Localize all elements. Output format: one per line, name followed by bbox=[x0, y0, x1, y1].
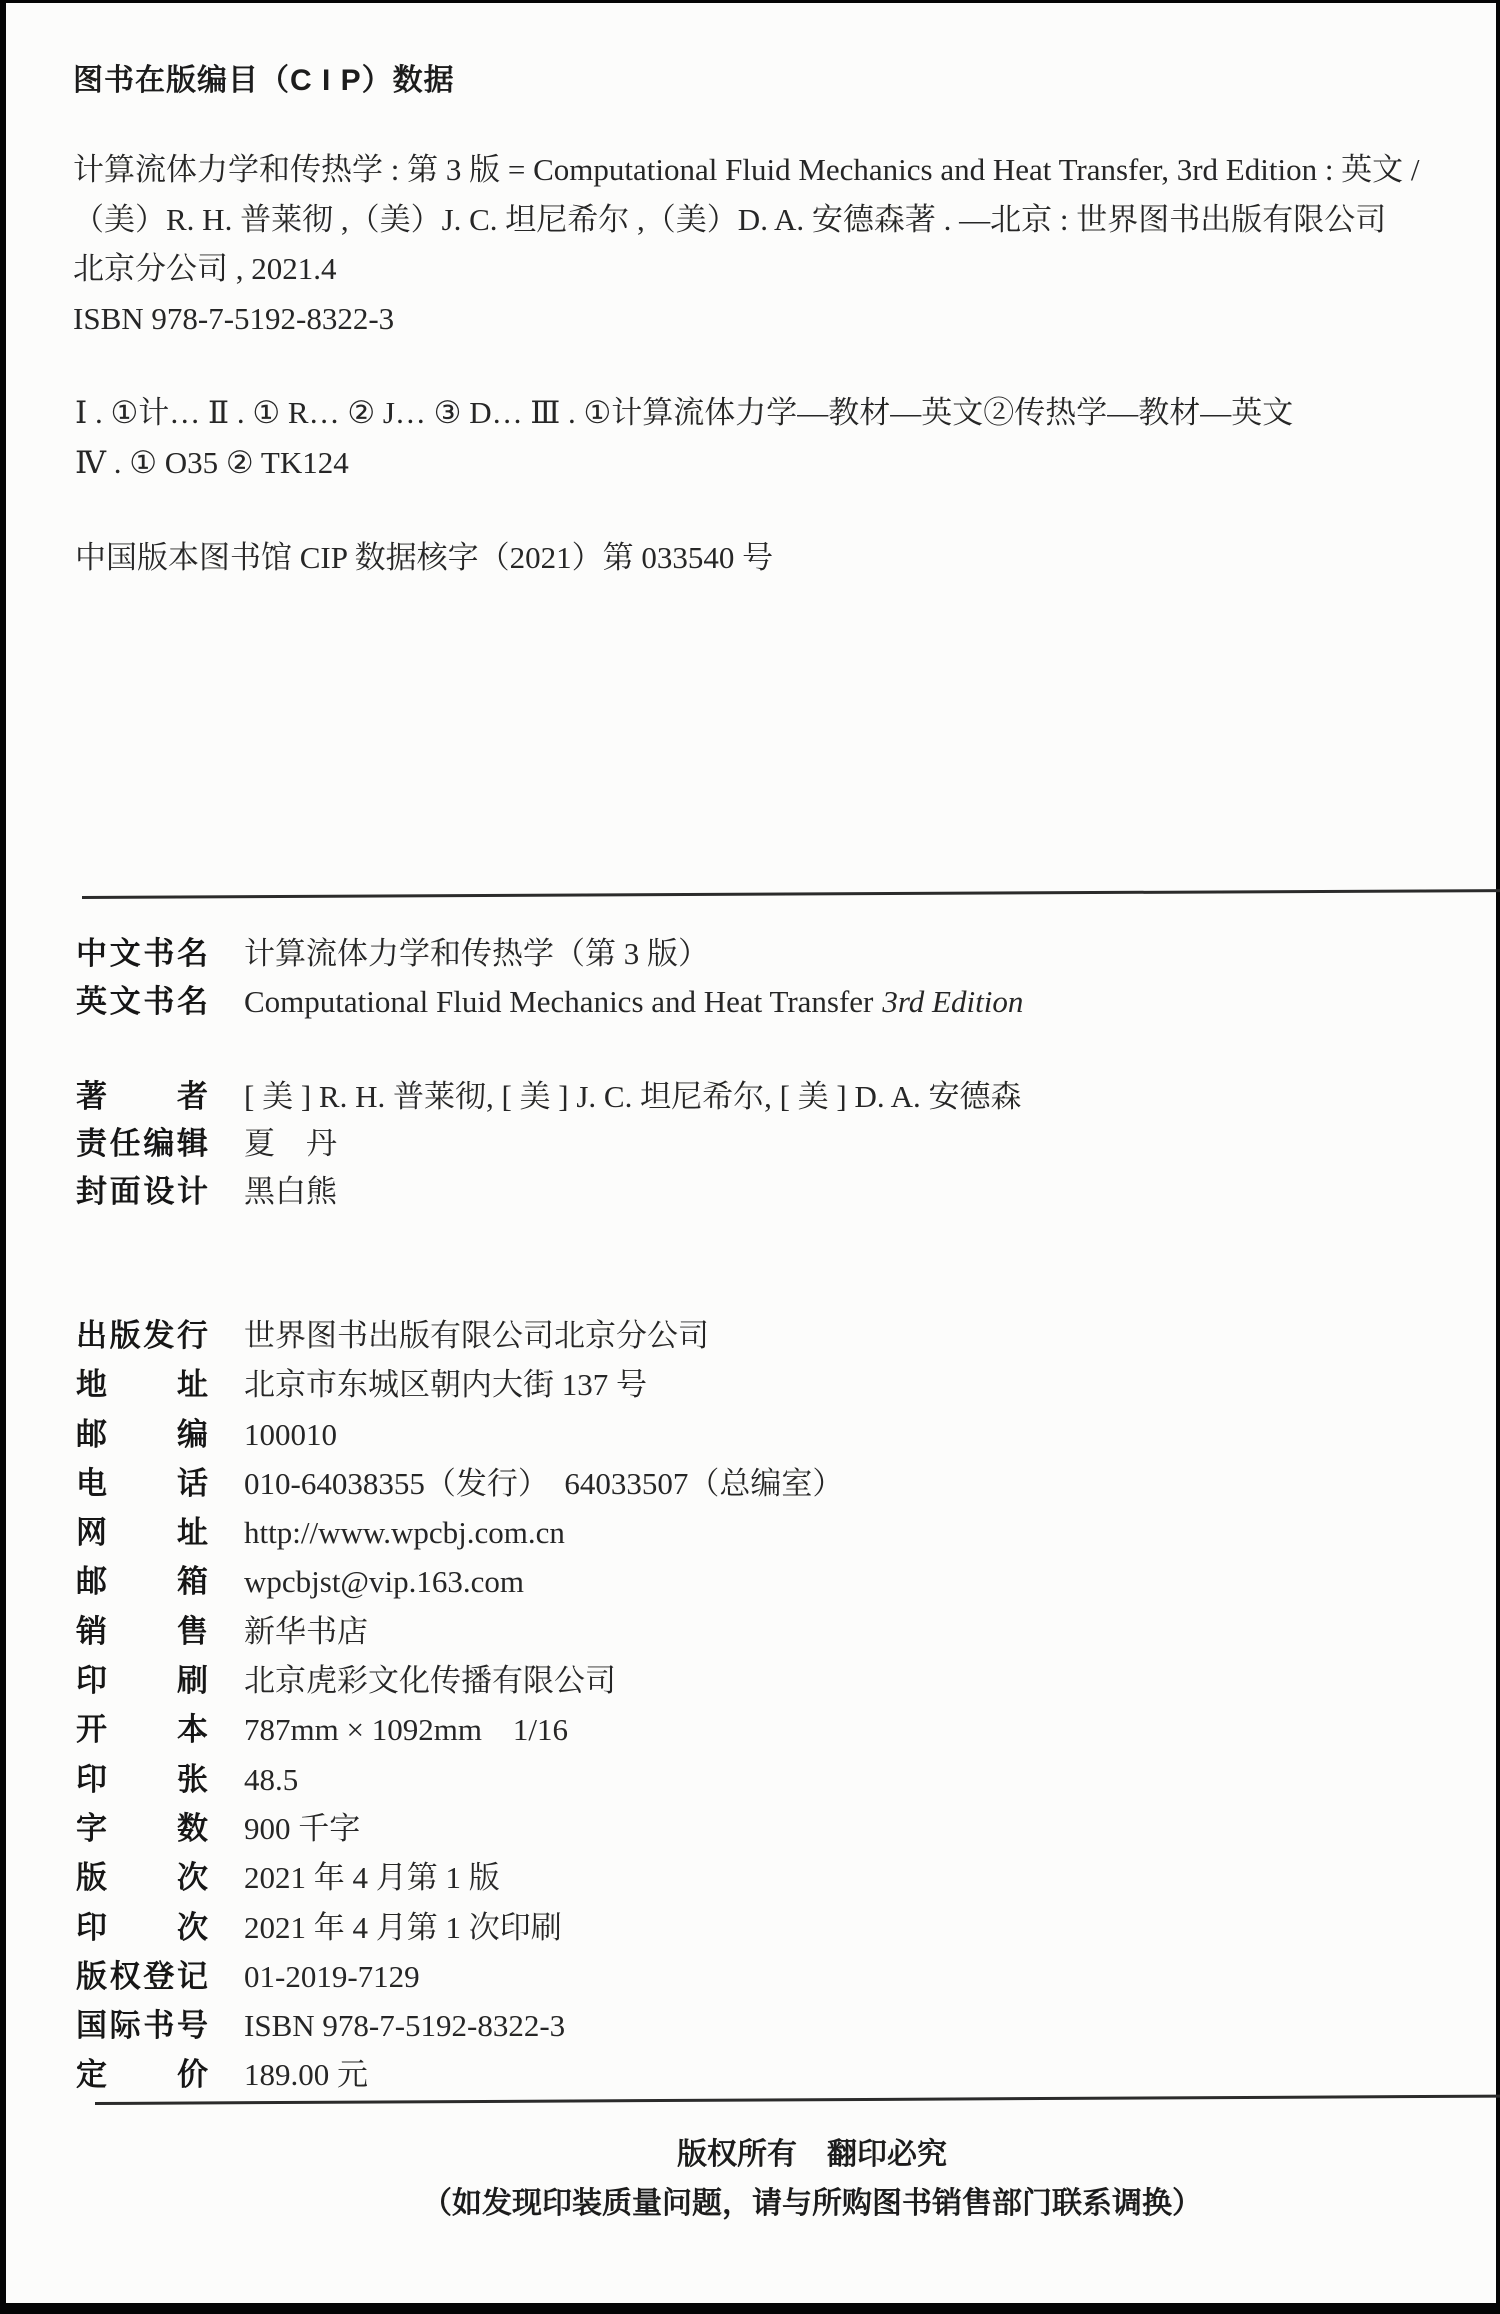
field-label: 英文书名 bbox=[76, 982, 208, 1022]
field-label: 国际书号 bbox=[76, 2006, 208, 2046]
cip-copyright-page: 图书在版编目（C I P）数据 计算流体力学和传热学 : 第 3 版 = Com… bbox=[0, 0, 1500, 2314]
field-value: 2021 年 4 月第 1 次印刷 bbox=[244, 1908, 562, 1948]
field-value: 48.5 bbox=[244, 1760, 298, 1800]
field-value: 北京虎彩文化传播有限公司 bbox=[244, 1661, 616, 1701]
field-value: 01-2019-7129 bbox=[244, 1957, 420, 1997]
pub-info-row: 印刷 北京虎彩文化传播有限公司 bbox=[76, 1661, 1490, 1710]
field-value: 010-64038355（发行） 64033507（总编室） bbox=[244, 1464, 843, 1504]
scan-edge-top bbox=[0, 0, 1500, 3]
book-info-row: 英文书名 Computational Fluid Mechanics and H… bbox=[76, 982, 1490, 1030]
field-label: 印次 bbox=[76, 1908, 208, 1948]
publication-info-block: 出版发行 世界图书出版有限公司北京分公司 地址 北京市东城区朝内大街 137 号… bbox=[76, 1316, 1490, 2105]
pub-info-row: 版次 2021 年 4 月第 1 版 bbox=[76, 1858, 1490, 1907]
cip-record-number: 中国版本图书馆 CIP 数据核字（2021）第 033540 号 bbox=[75, 532, 773, 577]
book-info-row: 中文书名 计算流体力学和传热学（第 3 版） bbox=[76, 934, 1490, 982]
field-label: 印张 bbox=[76, 1760, 208, 1800]
field-value: 189.00 元 bbox=[244, 2055, 368, 2095]
field-value: 黑白熊 bbox=[244, 1172, 337, 1212]
field-value: 2021 年 4 月第 1 版 bbox=[244, 1858, 500, 1898]
field-label: 定价 bbox=[76, 2055, 208, 2095]
pub-info-row: 国际书号 ISBN 978-7-5192-8322-3 bbox=[76, 2006, 1490, 2055]
field-label: 出版发行 bbox=[76, 1316, 208, 1356]
field-label: 地址 bbox=[76, 1365, 208, 1405]
book-info-row: 封面设计 黑白熊 bbox=[76, 1172, 1490, 1220]
field-label: 版权登记 bbox=[76, 1957, 208, 1997]
pub-info-row: 字数 900 千字 bbox=[76, 1809, 1490, 1858]
english-title-edition: 3rd Edition bbox=[882, 984, 1023, 1019]
field-value: 100010 bbox=[244, 1415, 337, 1455]
pub-info-row: 出版发行 世界图书出版有限公司北京分公司 bbox=[76, 1316, 1490, 1365]
cip-description-line: （美）R. H. 普莱彻 ,（美）J. C. 坦尼希尔 ,（美）D. A. 安德… bbox=[73, 195, 1480, 245]
field-label: 邮编 bbox=[76, 1415, 208, 1455]
field-value: wpcbjst@vip.163.com bbox=[244, 1562, 524, 1602]
scan-edge-right bbox=[1496, 0, 1500, 2314]
field-label: 版次 bbox=[76, 1858, 208, 1898]
field-label: 开本 bbox=[76, 1710, 208, 1750]
copyright-footer: 版权所有 翻印必究 （如发现印装质量问题，请与所购图书销售部门联系调换） bbox=[124, 2130, 1500, 2228]
field-value: 新华书店 bbox=[244, 1612, 368, 1652]
row-spacer bbox=[76, 1029, 1490, 1077]
scan-edge-bottom bbox=[0, 2303, 1500, 2314]
field-label: 电话 bbox=[76, 1464, 208, 1504]
pub-info-row: 开本 787mm × 1092mm 1/16 bbox=[76, 1710, 1490, 1759]
pub-info-row: 邮编 100010 bbox=[76, 1415, 1490, 1464]
cip-description: 计算流体力学和传热学 : 第 3 版 = Computational Fluid… bbox=[73, 145, 1480, 343]
field-label: 责任编辑 bbox=[76, 1124, 208, 1164]
cip-description-line: 北京分公司 , 2021.4 bbox=[73, 244, 1480, 294]
field-label: 著者 bbox=[76, 1077, 208, 1117]
field-value: ISBN 978-7-5192-8322-3 bbox=[244, 2006, 565, 2046]
field-label: 网址 bbox=[76, 1513, 208, 1553]
pub-info-row: 地址 北京市东城区朝内大街 137 号 bbox=[76, 1365, 1490, 1414]
field-value: 900 千字 bbox=[244, 1809, 360, 1849]
field-value: [ 美 ] R. H. 普莱彻, [ 美 ] J. C. 坦尼希尔, [ 美 ]… bbox=[244, 1077, 1022, 1117]
book-info-row: 著者 [ 美 ] R. H. 普莱彻, [ 美 ] J. C. 坦尼希尔, [ … bbox=[76, 1077, 1490, 1125]
pub-info-row: 印次 2021 年 4 月第 1 次印刷 bbox=[76, 1908, 1490, 1957]
field-value: Computational Fluid Mechanics and Heat T… bbox=[244, 982, 1023, 1022]
field-value: http://www.wpcbj.com.cn bbox=[244, 1513, 565, 1553]
pub-info-row: 电话 010-64038355（发行） 64033507（总编室） bbox=[76, 1464, 1490, 1513]
field-value: 世界图书出版有限公司北京分公司 bbox=[244, 1316, 709, 1356]
copyright-notice: 版权所有 翻印必究 bbox=[124, 2130, 1500, 2179]
field-label: 中文书名 bbox=[76, 934, 208, 974]
field-label: 邮箱 bbox=[76, 1562, 208, 1602]
cip-classification: Ⅰ . ①计… Ⅱ . ① R… ② J… ③ D… Ⅲ . ①计算流体力学—教… bbox=[75, 388, 1480, 487]
pub-info-row: 网址 http://www.wpcbj.com.cn bbox=[76, 1513, 1490, 1562]
scan-edge-left bbox=[0, 0, 6, 2314]
field-label: 封面设计 bbox=[76, 1172, 208, 1212]
pub-info-row: 印张 48.5 bbox=[76, 1760, 1490, 1809]
cip-classification-line: Ⅰ . ①计… Ⅱ . ① R… ② J… ③ D… Ⅲ . ①计算流体力学—教… bbox=[75, 388, 1480, 438]
field-label: 印刷 bbox=[76, 1661, 208, 1701]
field-value: 夏 丹 bbox=[244, 1124, 337, 1164]
field-value: 787mm × 1092mm 1/16 bbox=[244, 1710, 568, 1750]
cip-header: 图书在版编目（C I P）数据 bbox=[73, 55, 455, 99]
cip-description-line: ISBN 978-7-5192-8322-3 bbox=[73, 294, 1480, 344]
pub-info-row: 邮箱 wpcbjst@vip.163.com bbox=[76, 1562, 1490, 1611]
field-value: 北京市东城区朝内大街 137 号 bbox=[244, 1365, 647, 1405]
cip-classification-line: Ⅳ . ① O35 ② TK124 bbox=[75, 438, 1480, 488]
cip-description-line: 计算流体力学和传热学 : 第 3 版 = Computational Fluid… bbox=[73, 145, 1480, 195]
pub-info-row: 销售 新华书店 bbox=[76, 1612, 1490, 1661]
field-label: 销售 bbox=[76, 1612, 208, 1652]
english-title: Computational Fluid Mechanics and Heat T… bbox=[244, 984, 873, 1019]
quality-notice: （如发现印装质量问题，请与所购图书销售部门联系调换） bbox=[124, 2179, 1500, 2228]
divider-rule-top bbox=[82, 889, 1500, 899]
book-info-block: 中文书名 计算流体力学和传热学（第 3 版） 英文书名 Computationa… bbox=[76, 934, 1490, 1219]
pub-info-row: 版权登记 01-2019-7129 bbox=[76, 1957, 1490, 2006]
book-info-row: 责任编辑 夏 丹 bbox=[76, 1124, 1490, 1172]
field-value: 计算流体力学和传热学（第 3 版） bbox=[244, 934, 709, 974]
field-label: 字数 bbox=[76, 1809, 208, 1849]
